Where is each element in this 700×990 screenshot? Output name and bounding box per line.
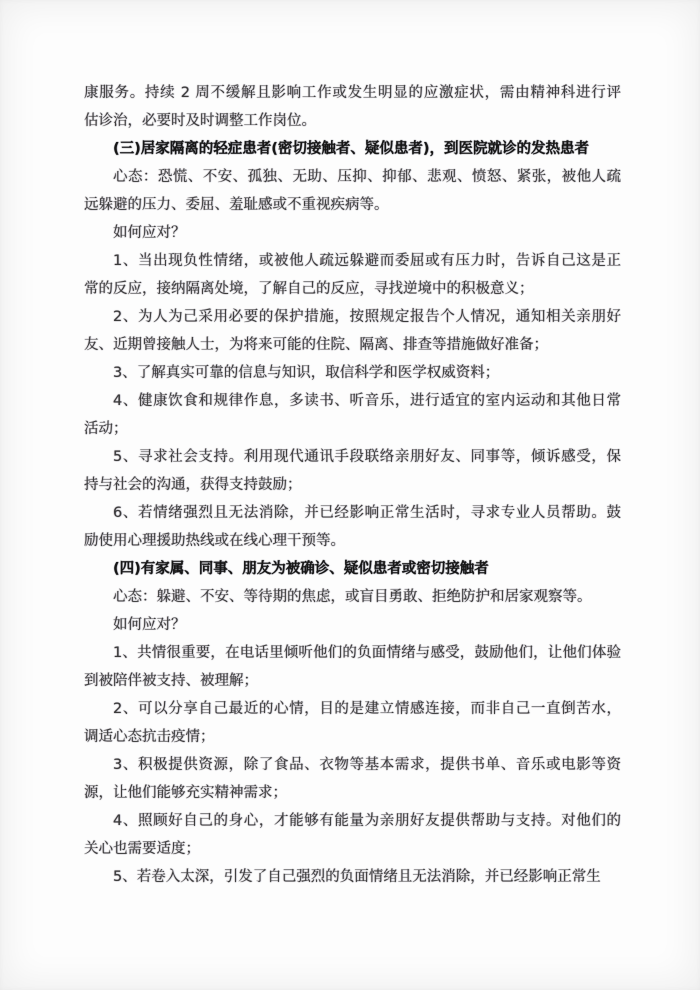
text-line: 如何应对？ — [84, 219, 621, 247]
text-line: 源，让他们能够充实精神需求； — [84, 779, 621, 807]
section-heading: (三)居家隔离的轻症患者(密切接触者、疑似患者)，到医院就诊的发热患者 — [84, 135, 621, 163]
text-line: 调适心态抗击疫情； — [84, 723, 621, 751]
text-line: 心态：恐慌、不安、孤独、无助、压抑、抑郁、悲观、愤怒、紧张，被他人疏 — [84, 163, 621, 191]
text-line: 1、当出现负性情绪，或被他人疏远躲避而委屈或有压力时，告诉自己这是正 — [84, 247, 621, 275]
text-line: 心态：躲避、不安、等待期的焦虑，或盲目勇敢、拒绝防护和居家观察等。 — [84, 583, 621, 611]
text-line: 5、若卷入太深，引发了自己强烈的负面情绪且无法消除，并已经影响正常生 — [84, 863, 621, 891]
text-line: 常的反应，接纳隔离处境，了解自己的反应，寻找逆境中的积极意义； — [84, 275, 621, 303]
text-line: 估诊治，必要时及时调整工作岗位。 — [84, 107, 621, 135]
document-body: 康服务。持续 2 周不缓解且影响工作或发生明显的应激症状，需由精神科进行评估诊治… — [84, 79, 621, 891]
text-line: 1、共情很重要，在电话里倾听他们的负面情绪与感受，鼓励他们，让他们体验 — [84, 639, 621, 667]
text-line: 远躲避的压力、委屈、羞耻感或不重视疾病等。 — [84, 191, 621, 219]
document-page: 康服务。持续 2 周不缓解且影响工作或发生明显的应激症状，需由精神科进行评估诊治… — [0, 0, 700, 990]
text-line: 活动； — [84, 415, 621, 443]
text-line: 4、照顾好自己的身心，才能够有能量为亲朋好友提供帮助与支持。对他们的 — [84, 807, 621, 835]
text-line: 4、健康饮食和规律作息，多读书、听音乐，进行适宜的室内运动和其他日常 — [84, 387, 621, 415]
text-line: 5、寻求社会支持。利用现代通讯手段联络亲朋好友、同事等，倾诉感受，保 — [84, 443, 621, 471]
text-line: 2、为人为己采用必要的保护措施，按照规定报告个人情况，通知相关亲朋好 — [84, 303, 621, 331]
text-line: 3、了解真实可靠的信息与知识，取信科学和医学权威资料； — [84, 359, 621, 387]
text-line: 励使用心理援助热线或在线心理干预等。 — [84, 527, 621, 555]
text-line: 2、可以分享自己最近的心情，目的是建立情感连接，而非自己一直倒苦水， — [84, 695, 621, 723]
text-line: 持与社会的沟通，获得支持鼓励； — [84, 471, 621, 499]
section-heading: (四)有家属、同事、朋友为被确诊、疑似患者或密切接触者 — [84, 555, 621, 583]
text-line: 如何应对？ — [84, 611, 621, 639]
text-line: 友、近期曾接触人士，为将来可能的住院、隔离、排查等措施做好准备； — [84, 331, 621, 359]
text-line: 到被陪伴被支持、被理解； — [84, 667, 621, 695]
text-line: 康服务。持续 2 周不缓解且影响工作或发生明显的应激症状，需由精神科进行评 — [84, 79, 621, 107]
text-line: 3、积极提供资源，除了食品、衣物等基本需求，提供书单、音乐或电影等资 — [84, 751, 621, 779]
text-line: 6、若情绪强烈且无法消除，并已经影响正常生活时，寻求专业人员帮助。鼓 — [84, 499, 621, 527]
text-line: 关心也需要适度； — [84, 835, 621, 863]
